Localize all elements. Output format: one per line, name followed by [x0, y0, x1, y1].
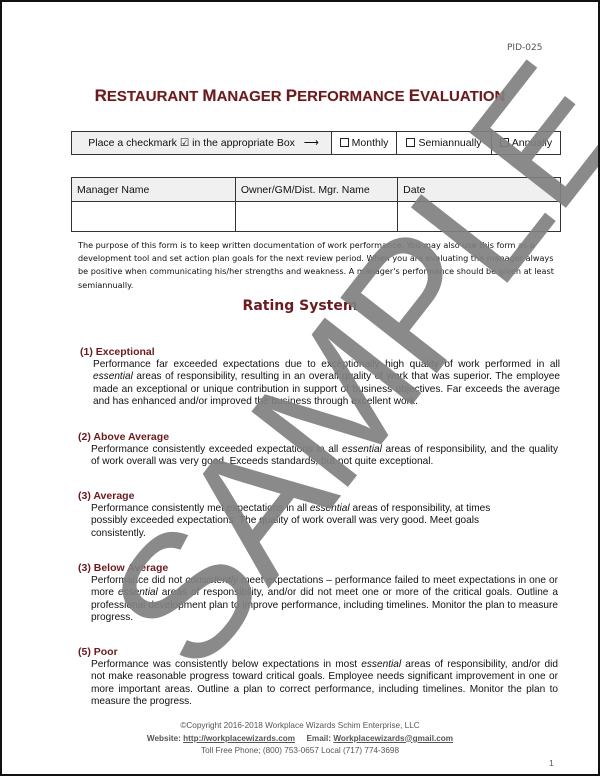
- rating-item: (2) Above Average Performance consistent…: [78, 431, 558, 469]
- document-page: PID-025 RESTAURANT MANAGER PERFORMANCE E…: [0, 0, 600, 776]
- arrow-right-icon: ⟶: [304, 137, 319, 149]
- rating-item: (3) Below Average Performance did not co…: [78, 562, 558, 624]
- rating-system-title: Rating System: [2, 298, 598, 314]
- page-number: 1: [549, 758, 554, 768]
- document-id: PID-025: [507, 43, 542, 53]
- manager-name-field[interactable]: [72, 202, 236, 232]
- header-owner-name: Owner/GM/Dist. Mgr. Name: [235, 178, 397, 202]
- intro-paragraph: The purpose of this form is to keep writ…: [78, 239, 566, 292]
- rating-description: Performance far exceeded expectations du…: [93, 359, 560, 408]
- option-semiannually[interactable]: Semiannually: [397, 132, 492, 155]
- rating-item: (1) Exceptional Performance far exceeded…: [80, 346, 560, 408]
- option-annually[interactable]: Annually: [491, 132, 560, 155]
- rating-description: Performance was consistently below expec…: [91, 659, 558, 708]
- owner-name-field[interactable]: [235, 202, 397, 232]
- frequency-instruction: Place a checkmark ☑ in the appropriate B…: [72, 132, 332, 155]
- copyright: ©Copyright 2016-2018 Workplace Wizards S…: [2, 720, 598, 733]
- website-link[interactable]: http://workplacewizards.com: [183, 734, 295, 743]
- email-label: Email:: [306, 734, 331, 743]
- names-table: Manager Name Owner/GM/Dist. Mgr. Name Da…: [71, 177, 561, 232]
- header-date: Date: [398, 178, 561, 202]
- rating-item: (3) Average Performance consistently met…: [78, 490, 518, 540]
- rating-item: (5) Poor Performance was consistently be…: [78, 646, 558, 708]
- date-field[interactable]: [398, 202, 561, 232]
- header-manager-name: Manager Name: [72, 178, 236, 202]
- rating-heading: (5) Poor: [78, 646, 558, 659]
- footer: ©Copyright 2016-2018 Workplace Wizards S…: [2, 720, 598, 758]
- rating-heading: (3) Below Average: [78, 562, 558, 575]
- checkbox-icon[interactable]: [340, 138, 349, 147]
- phone: Toll Free Phone; (800) 753-0657 Local (7…: [2, 745, 598, 758]
- checkbox-icon[interactable]: [406, 138, 415, 147]
- checkbox-icon[interactable]: [500, 138, 509, 147]
- frequency-selector: Place a checkmark ☑ in the appropriate B…: [71, 131, 561, 155]
- page-title: RESTAURANT MANAGER PERFORMANCE EVALUATIO…: [2, 86, 598, 106]
- email-link[interactable]: Workplacewizards@gmail.com: [333, 734, 453, 743]
- rating-heading: (3) Average: [78, 490, 518, 503]
- rating-heading: (2) Above Average: [78, 431, 558, 444]
- option-monthly[interactable]: Monthly: [332, 132, 397, 155]
- rating-description: Performance consistently exceeded expect…: [91, 444, 558, 469]
- website-label: Website:: [147, 734, 181, 743]
- rating-description: Performance consistently met expectation…: [91, 503, 518, 540]
- rating-description: Performance did not consistently meet ex…: [91, 575, 558, 624]
- rating-heading: (1) Exceptional: [80, 346, 560, 359]
